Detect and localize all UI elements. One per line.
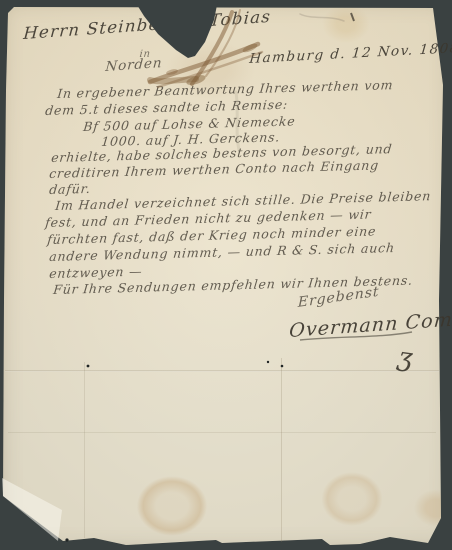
scanned-letter: Herrn Steinberg & Tobias in Norden Hambu… xyxy=(0,0,452,550)
body-line: entzweyen — xyxy=(49,264,144,281)
body-line: dafür. xyxy=(49,181,92,197)
